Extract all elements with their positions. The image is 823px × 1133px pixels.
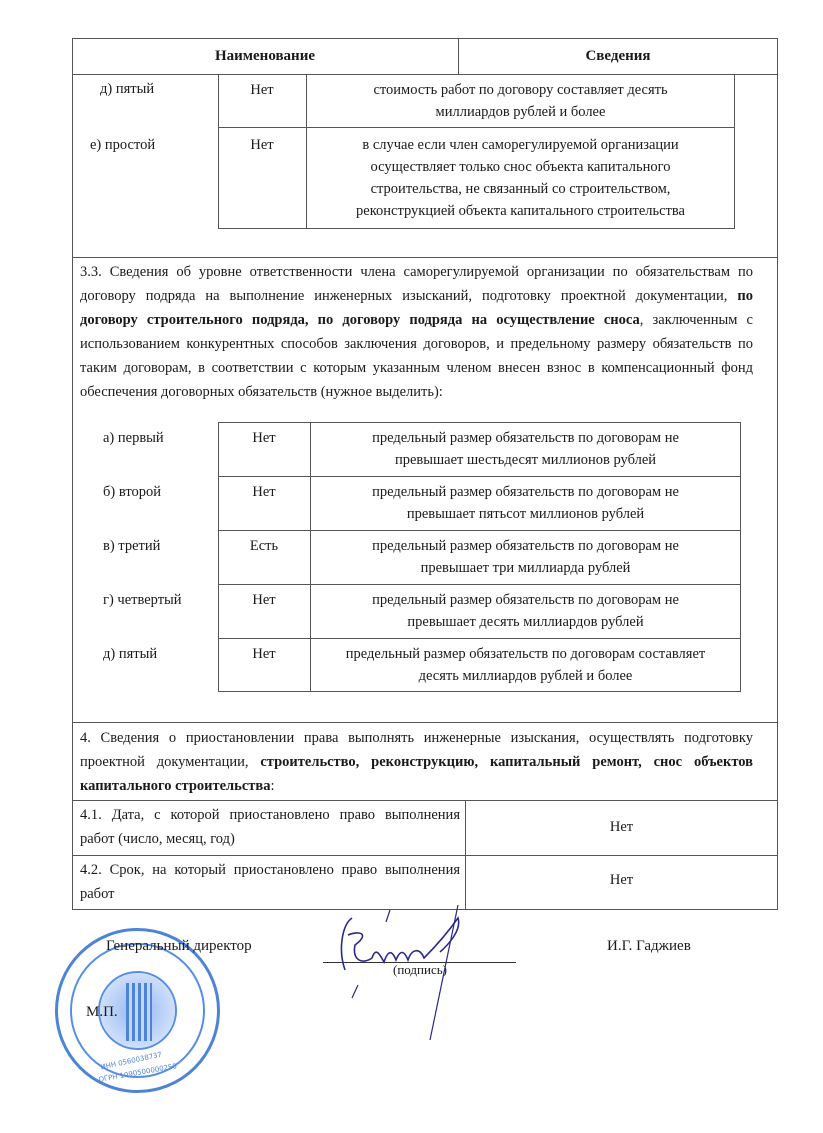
row-4-2-value: Нет bbox=[465, 869, 778, 891]
building-icon bbox=[126, 983, 152, 1041]
value-cell-selected: Есть bbox=[218, 535, 310, 557]
row-label: г) четвертый bbox=[103, 592, 182, 609]
inner-row-divider bbox=[218, 530, 741, 531]
section-divider bbox=[72, 722, 778, 723]
description-line: реконструкцией объекта капитального стро… bbox=[306, 200, 735, 222]
description-line: предельный размер обязательств по догово… bbox=[310, 535, 741, 557]
description-line: предельный размер обязательств по догово… bbox=[310, 481, 741, 503]
description-cell: предельный размер обязательств по догово… bbox=[310, 643, 741, 687]
value-cell: Нет bbox=[218, 134, 306, 156]
description-line: строительства, не связанный со строитель… bbox=[306, 178, 735, 200]
signatory-position: Генеральный директор bbox=[106, 938, 252, 955]
inner-row-divider bbox=[218, 584, 741, 585]
signature-caption: (подпись) bbox=[393, 962, 447, 978]
row-label-simple: е) простой bbox=[90, 137, 155, 154]
value-cell: Нет bbox=[218, 427, 310, 449]
value-cell: Нет bbox=[218, 643, 310, 665]
row-4-1-label: 4.1. Дата, с которой приостановлено прав… bbox=[80, 803, 460, 851]
description-line: стоимость работ по договору составляет д… bbox=[306, 79, 735, 101]
row-label: в) третий bbox=[103, 538, 160, 555]
row-label: б) второй bbox=[103, 484, 161, 501]
section-3-3-text: 3.3. Сведения об уровне ответственности … bbox=[80, 260, 753, 404]
value-cell: Нет bbox=[218, 481, 310, 503]
row-label: а) первый bbox=[103, 430, 164, 447]
row-divider bbox=[72, 800, 778, 801]
inner-row-divider bbox=[218, 638, 741, 639]
description-line: превышает десять миллиардов рублей bbox=[310, 611, 741, 633]
section-divider bbox=[72, 257, 778, 258]
row-label: д) пятый bbox=[103, 646, 157, 663]
description-cell: стоимость работ по договору составляет д… bbox=[306, 79, 735, 123]
row-divider bbox=[72, 855, 778, 856]
header-name-column: Наименование bbox=[72, 38, 458, 74]
description-line: предельный размер обязательств по догово… bbox=[310, 643, 741, 665]
description-cell: предельный размер обязательств по догово… bbox=[310, 535, 741, 579]
description-line: десять миллиардов рублей и более bbox=[310, 665, 741, 687]
description-line: в случае если член саморегулируемой орга… bbox=[306, 134, 735, 156]
signatory-name: И.Г. Гаджиев bbox=[607, 938, 691, 955]
inner-row-divider bbox=[218, 476, 741, 477]
row-label-fifth: д) пятый bbox=[100, 81, 154, 98]
description-line: превышает три миллиарда рублей bbox=[310, 557, 741, 579]
value-cell: Нет bbox=[218, 79, 306, 101]
description-line: миллиардов рублей и более bbox=[306, 101, 735, 123]
description-cell: предельный размер обязательств по догово… bbox=[310, 427, 741, 471]
description-line: превышает пятьсот миллионов рублей bbox=[310, 503, 741, 525]
inner-row-divider bbox=[218, 127, 735, 128]
row-4-2-label: 4.2. Срок, на который приостановлено пра… bbox=[80, 858, 460, 906]
description-line: предельный размер обязательств по догово… bbox=[310, 427, 741, 449]
description-cell: предельный размер обязательств по догово… bbox=[310, 589, 741, 633]
description-line: превышает шестьдесят миллионов рублей bbox=[310, 449, 741, 471]
description-line: предельный размер обязательств по догово… bbox=[310, 589, 741, 611]
row-4-1-value: Нет bbox=[465, 816, 778, 838]
header-info-column: Сведения bbox=[458, 38, 778, 74]
description-cell: предельный размер обязательств по догово… bbox=[310, 481, 741, 525]
value-cell: Нет bbox=[218, 589, 310, 611]
description-line: осуществляет только снос объекта капитал… bbox=[306, 156, 735, 178]
description-cell: в случае если член саморегулируемой орга… bbox=[306, 134, 735, 222]
section-4-text: 4. Сведения о приостановлении права выпо… bbox=[80, 726, 753, 798]
seal-label: М.П. bbox=[86, 1004, 118, 1021]
